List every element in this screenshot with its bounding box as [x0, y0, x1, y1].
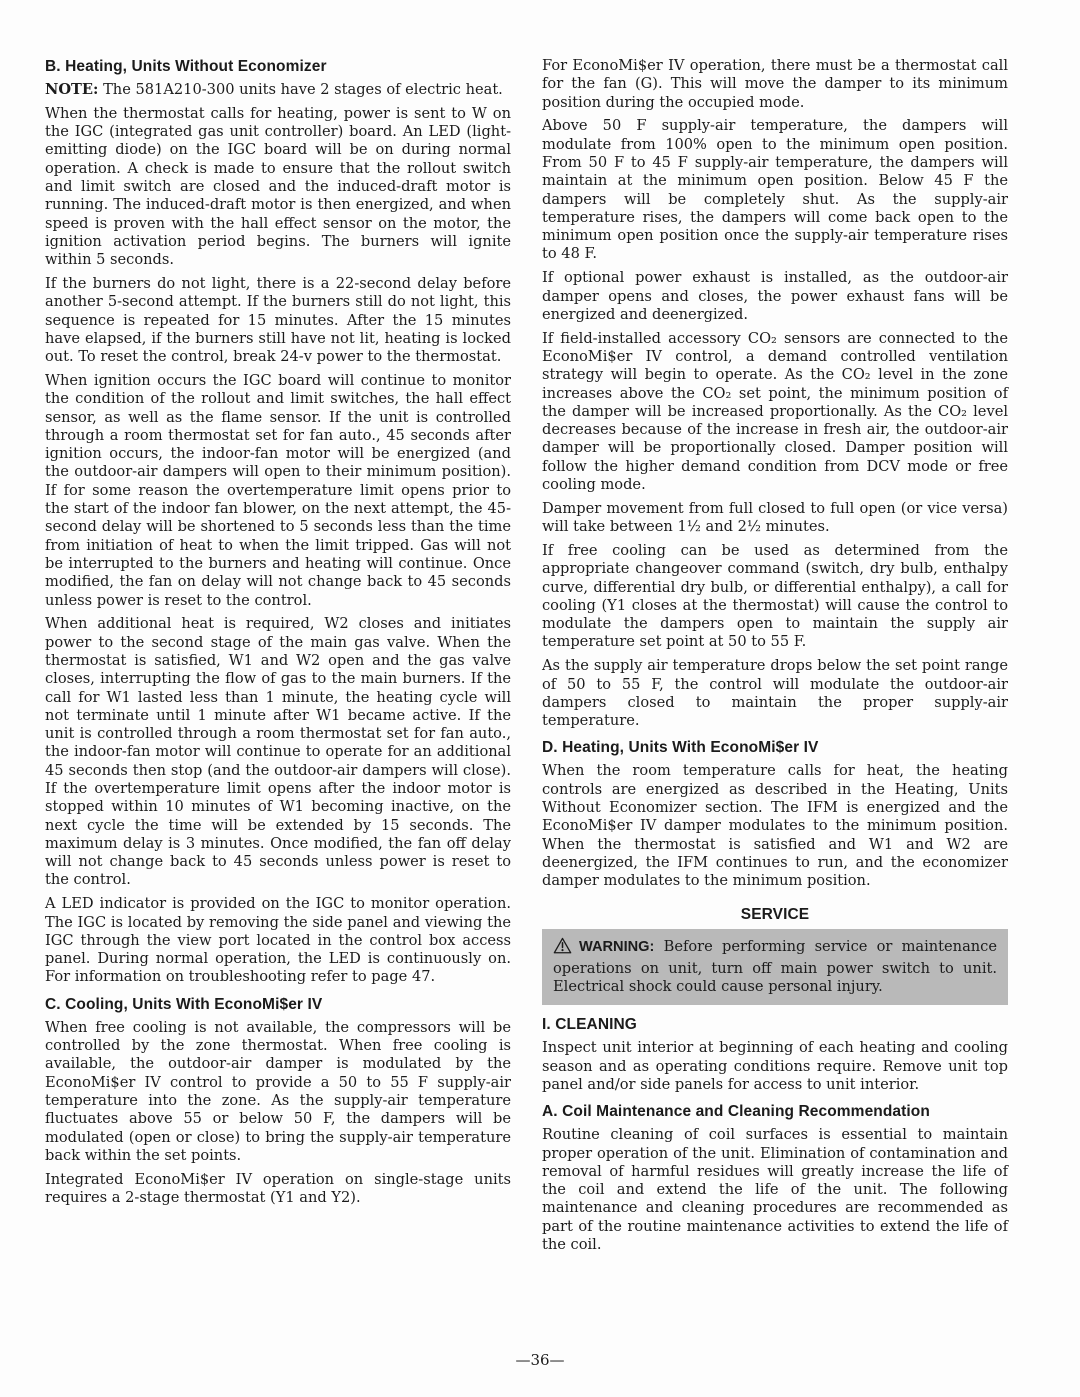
paragraph-ignition-monitor: When ignition occurs the IGC board will … [45, 372, 511, 610]
warning-triangle-icon [553, 937, 572, 959]
page-number: —36— [0, 1351, 1080, 1369]
note-label: NOTE: [45, 81, 98, 98]
paragraph-changeover-command: If free cooling can be used as determine… [542, 542, 1008, 652]
right-column: For EconoMi$er IV operation, there must … [542, 57, 1008, 1260]
paragraph-second-stage: When additional heat is required, W2 clo… [45, 615, 511, 889]
cleaning-heading: I. CLEANING [542, 1015, 1008, 1034]
note-paragraph: NOTE: The 581A210-300 units have 2 stage… [45, 81, 511, 99]
paragraph-damper-modulation: Above 50 F supply-air temperature, the d… [542, 117, 1008, 263]
paragraph-integrated-economiser: Integrated EconoMi$er IV operation on si… [45, 1171, 511, 1208]
section-heading-c: C. Cooling, Units With EconoMi$er IV [45, 995, 511, 1014]
paragraph-free-cooling: When free cooling is not available, the … [45, 1019, 511, 1165]
paragraph-burner-retry: If the burners do not light, there is a … [45, 275, 511, 366]
left-column: B. Heating, Units Without Economizer NOT… [45, 57, 511, 1213]
paragraph-economiser-operation: For EconoMi$er IV operation, there must … [542, 57, 1008, 112]
paragraph-coil-cleaning: Routine cleaning of coil surfaces is ess… [542, 1126, 1008, 1254]
warning-label: WARNING: [579, 939, 654, 955]
service-heading: SERVICE [542, 905, 1008, 924]
paragraph-heat-controls: When the room temperature calls for heat… [542, 762, 1008, 890]
manual-page: B. Heating, Units Without Economizer NOT… [0, 0, 1080, 1397]
note-text: The 581A210-300 units have 2 stages of e… [98, 81, 502, 98]
paragraph-power-exhaust: If optional power exhaust is installed, … [542, 269, 1008, 324]
paragraph-setpoint-drop: As the supply air temperature drops belo… [542, 657, 1008, 730]
coil-maintenance-heading: A. Coil Maintenance and Cleaning Recomme… [542, 1102, 1008, 1121]
section-heading-d: D. Heating, Units With EconoMi$er IV [542, 738, 1008, 757]
paragraph-damper-movement: Damper movement from full closed to full… [542, 500, 1008, 537]
paragraph-co2-sensors: If field-installed accessory CO₂ sensors… [542, 330, 1008, 495]
paragraph-led-indicator: A LED indicator is provided on the IGC t… [45, 895, 511, 986]
warning-box: WARNING: Before performing service or ma… [542, 929, 1008, 1005]
paragraph-heating-thermostat: When the thermostat calls for heating, p… [45, 105, 511, 270]
section-heading-b: B. Heating, Units Without Economizer [45, 57, 511, 76]
paragraph-inspect-interior: Inspect unit interior at beginning of ea… [542, 1039, 1008, 1094]
